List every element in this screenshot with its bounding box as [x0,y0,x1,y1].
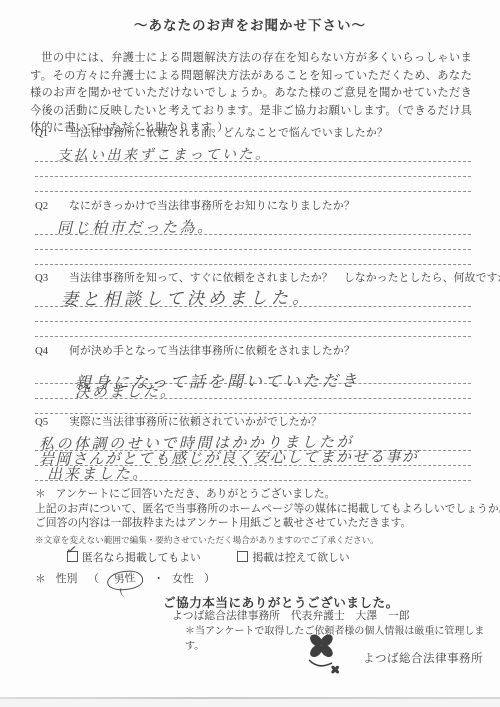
survey-thanks-line: ＊アンケートにご回答いただき、ありがとうございました。 [35,487,475,502]
question-number: Q5 [35,415,69,429]
question-text: 実際に当法律事務所に依頼されていかがでしたか？ [69,415,322,429]
question-block-q3: Q3 当法律事務所を知って、すぐに依頼をされましたか？ しなかったとしたら、何故… [35,271,475,337]
answer-lines: 支払い出来ずこまっていた。 [35,144,475,192]
answer-line [35,322,471,337]
intro-paragraph: 世の中には、弁護士による問題解決方法の存在を知らない方が多くいらっしゃいます。そ… [30,50,472,138]
answer-line [35,162,471,177]
answer-line: 支払い出来ずこまっていた。 [35,144,471,162]
page-title: ～あなたのお声をお聞かせ下さい～ [0,14,500,34]
question-number: Q4 [35,344,69,358]
scan-background [0,699,500,707]
answer-line: 決めました。 [35,384,471,399]
asterisk-bullet: ＊ [35,488,46,500]
closing-block: ＊アンケートにご回答いただき、ありがとうございました。 上記のお声について、匿名… [35,487,475,590]
footer-office-line: よつば総合法律事務所 代表弁護士 大澤 一郎 [172,608,410,623]
question-number: Q1 [35,126,69,140]
answer-lines: 妻と相談して決めました。 [35,289,475,337]
publication-options: ✓匿名なら掲載してもよい 掲載は控えて欲しい [67,551,475,566]
four-leaf-clover-icon [303,632,349,676]
question-row: Q2 なにがきっかけで当法律事務所をお知りになりましたか？ [35,199,475,213]
answer-line [35,177,471,192]
question-block-q1: Q1 当法律事務所に依頼される前、どんなことで悩んでいましたか？ 支払い出来ずこ… [35,126,475,192]
question-block-q2: Q2 なにがきっかけで当法律事務所をお知りになりましたか？ 同じ柏市だった為。 [35,199,475,265]
paren-close: ） [204,573,215,585]
office-logo: よつば総合法律事務所 [303,632,483,676]
question-block-q5: Q5 実際に当法律事務所に依頼されていかがでしたか？ 私の体調のせいで時間はかか… [35,415,475,481]
option-no-publication-label: 掲載は控えて欲しい [252,552,349,564]
option-anonymous-ok: ✓匿名なら掲載してもよい [67,552,203,564]
question-block-q4: Q4 何が決め手となって当法律事務所に依頼をされましたか？ 親身になって話を聞い… [35,344,475,414]
option-no-publication: 掲載は控えて欲しい [237,552,349,564]
checkbox-checked-icon: ✓ [67,551,78,562]
question-number: Q3 [35,271,69,285]
question-text: なにがきっかけで当法律事務所をお知りになりましたか？ [69,199,355,213]
answer-line [35,250,471,265]
gender-female-label: 女性 [172,573,194,585]
permission-line-1: 上記のお声について、匿名で当事務所のホームページ等の媒体に掲載してもよろしいでし… [35,502,475,517]
permission-line-2: ご回答の内容は一部抜粋またはアンケート用紙ごと載せさせていただきます。 [35,516,475,531]
answer-lines: 私の体調のせいで時間はかかりましたが 岩岡さんがとても感じが良く安心してまかせる… [35,433,475,481]
answer-line: 同じ柏市だった為。 [35,217,471,235]
question-row: Q4 何が決め手となって当法律事務所に依頼をされましたか？ [35,344,475,358]
question-text: 何が決め手となって当法律事務所に依頼をされましたか？ [69,344,355,358]
option-anonymous-ok-label: 匿名なら掲載してもよい [82,552,201,564]
handwritten-answer: 出来ました。 [47,462,149,484]
gender-separator: ・ [153,573,164,585]
question-row: Q5 実際に当法律事務所に依頼されていかがでしたか？ [35,415,475,429]
gender-row: ＊性別 （男性 ・女性 ） [35,571,475,590]
answer-line [35,399,471,414]
gender-male-circled: 男性 [106,569,143,591]
edit-note: ※文章を変えない範囲で編集・要約させていただく場合がありますのでご了承ください。 [35,533,475,548]
gender-male-label: 男性 [113,572,136,586]
survey-thanks-text: アンケートにご回答いただき、ありがとうございました。 [56,488,336,500]
gender-label: 性別 [56,573,78,585]
answer-lines: 親身になって話を聞いていただき 決めました。 [35,366,475,414]
handwritten-check-mark: ✓ [65,544,78,560]
question-number: Q2 [35,199,69,213]
handwritten-answer: 妻と相談して決めました。 [61,283,313,310]
answer-line: 出来ました。 [35,466,471,481]
answer-line [35,307,471,322]
answer-lines: 同じ柏市だった為。 [35,217,475,265]
question-row: Q1 当法律事務所に依頼される前、どんなことで悩んでいましたか？ [35,126,475,140]
office-logo-name: よつば総合法律事務所 [363,650,483,666]
questionnaire-page: ～あなたのお声をお聞かせ下さい～ 世の中には、弁護士による問題解決方法の存在を知… [0,0,500,707]
paren-open: （ [88,573,99,585]
asterisk-bullet: ＊ [35,573,46,585]
question-text: 当法律事務所に依頼される前、どんなことで悩んでいましたか？ [69,126,388,140]
checkbox-empty-icon [237,551,248,562]
answer-line: 妻と相談して決めました。 [35,289,471,307]
answer-line [35,235,471,250]
